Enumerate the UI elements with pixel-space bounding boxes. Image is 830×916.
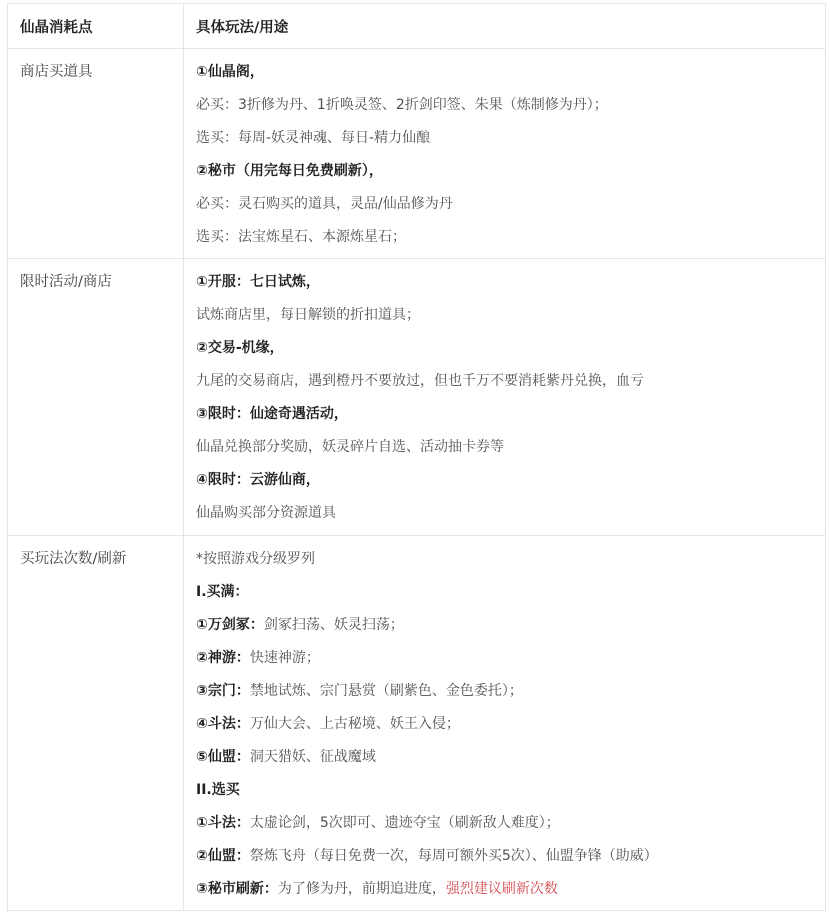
usage-line: ②交易-机缘， — [196, 332, 813, 365]
category-label: 商店买道具 — [8, 49, 183, 82]
table-row: 买玩法次数/刷新*按照游戏分级罗列I.买满：①万剑冢：剑冢扫荡、妖灵扫荡；②神游… — [8, 536, 826, 911]
header-label: 仙晶消耗点 — [8, 16, 183, 37]
table-row: 商店买道具①仙晶阁，必买：3折修为丹、1折唤灵签、2折剑印签、朱果（炼制修为丹）… — [8, 49, 826, 259]
category-cell: 买玩法次数/刷新 — [8, 536, 184, 911]
category-label: 限时活动/商店 — [8, 259, 183, 292]
usage-line-text: 洞天猎妖、征战魔域 — [250, 749, 376, 765]
usage-line: *按照游戏分级罗列 — [196, 543, 813, 576]
header-usage: 具体玩法/用途 — [184, 4, 826, 49]
usage-line-text: 万仙大会、上古秘境、妖王入侵； — [250, 716, 460, 732]
usage-line: ①斗法：太虚论剑，5次即可、遗迹夺宝（刷新敌人难度）； — [196, 807, 813, 840]
usage-line-heading: ②秘市（用完每日免费刷新）， — [196, 163, 383, 179]
usage-line-heading: ④斗法： — [196, 716, 250, 732]
usage-line-text: 选买：每周-妖灵神魂、每日-精力仙酿 — [196, 130, 430, 146]
usage-line: ②仙盟：祭炼飞舟（每日免费一次，每周可额外买5次）、仙盟争锋（助威） — [196, 840, 813, 873]
usage-line-text: 仙晶兑换部分奖励，妖灵碎片自选、活动抽卡券等 — [196, 439, 504, 455]
usage-line: ②神游：快速神游； — [196, 642, 813, 675]
usage-line-heading: ①斗法： — [196, 815, 250, 831]
usage-line: 选买：每周-妖灵神魂、每日-精力仙酿 — [196, 122, 813, 155]
usage-line: 必买：灵石购买的道具，灵品/仙品修为丹 — [196, 188, 813, 221]
usage-cell: ①开服：七日试炼，试炼商店里，每日解锁的折扣道具；②交易-机缘，九尾的交易商店，… — [184, 259, 826, 536]
usage-line-heading: ②仙盟： — [196, 848, 250, 864]
usage-line-heading: ③宗门： — [196, 683, 250, 699]
usage-line-text: 太虚论剑，5次即可、遗迹夺宝（刷新敌人难度）； — [250, 815, 560, 831]
usage-line-heading: ⑤仙盟： — [196, 749, 250, 765]
usage-line-text: 仙晶购买部分资源道具 — [196, 505, 336, 521]
highlight-text: 强烈建议刷新次数 — [446, 881, 558, 897]
usage-line: ③秘市刷新：为了修为丹，前期追进度，强烈建议刷新次数 — [196, 873, 813, 906]
usage-line-text: 选买：法宝炼星石、本源炼星石； — [196, 229, 406, 245]
table-row: 限时活动/商店①开服：七日试炼，试炼商店里，每日解锁的折扣道具；②交易-机缘，九… — [8, 259, 826, 536]
usage-line-heading: ①万剑冢： — [196, 617, 264, 633]
usage-line-text: 祭炼飞舟（每日免费一次，每周可额外买5次）、仙盟争锋（助威） — [250, 848, 658, 864]
usage-line: ③限时：仙途奇遇活动， — [196, 398, 813, 431]
usage-line-text: 为了修为丹，前期追进度， — [278, 881, 446, 897]
usage-line: ②秘市（用完每日免费刷新）， — [196, 155, 813, 188]
category-label: 买玩法次数/刷新 — [8, 536, 183, 569]
usage-cell: *按照游戏分级罗列I.买满：①万剑冢：剑冢扫荡、妖灵扫荡；②神游：快速神游；③宗… — [184, 536, 826, 911]
usage-line: ①万剑冢：剑冢扫荡、妖灵扫荡； — [196, 609, 813, 642]
consumption-table: 仙晶消耗点 具体玩法/用途 商店买道具①仙晶阁，必买：3折修为丹、1折唤灵签、2… — [7, 3, 826, 911]
usage-line: ①开服：七日试炼， — [196, 266, 813, 299]
usage-line: 试炼商店里，每日解锁的折扣道具； — [196, 299, 813, 332]
usage-line: 选买：法宝炼星石、本源炼星石； — [196, 221, 813, 254]
usage-line: ④斗法：万仙大会、上古秘境、妖王入侵； — [196, 708, 813, 741]
category-cell: 商店买道具 — [8, 49, 184, 259]
usage-line-heading: ②交易-机缘， — [196, 340, 284, 356]
usage-line: II.选买 — [196, 774, 813, 807]
usage-line: ①仙晶阁， — [196, 56, 813, 89]
usage-line-heading: ③秘市刷新： — [196, 881, 278, 897]
usage-line-heading: ③限时：仙途奇遇活动， — [196, 406, 348, 422]
usage-line-heading: ②神游： — [196, 650, 250, 666]
usage-line: ③宗门：禁地试炼、宗门悬赏（刷紫色、金色委托）； — [196, 675, 813, 708]
table-header-row: 仙晶消耗点 具体玩法/用途 — [8, 4, 826, 49]
usage-line-text: 试炼商店里，每日解锁的折扣道具； — [196, 307, 420, 323]
usage-line: ④限时：云游仙商， — [196, 464, 813, 497]
usage-line: 仙晶购买部分资源道具 — [196, 497, 813, 530]
category-cell: 限时活动/商店 — [8, 259, 184, 536]
usage-line: 仙晶兑换部分奖励，妖灵碎片自选、活动抽卡券等 — [196, 431, 813, 464]
usage-line-heading: II.选买 — [196, 782, 240, 798]
usage-line-text: 必买：3折修为丹、1折唤灵签、2折剑印签、朱果（炼制修为丹）； — [196, 97, 608, 113]
usage-cell: ①仙晶阁，必买：3折修为丹、1折唤灵签、2折剑印签、朱果（炼制修为丹）；选买：每… — [184, 49, 826, 259]
usage-line-text: *按照游戏分级罗列 — [196, 551, 315, 567]
usage-line-heading: ④限时：云游仙商， — [196, 472, 320, 488]
usage-line: ⑤仙盟：洞天猎妖、征战魔域 — [196, 741, 813, 774]
usage-line-text: 剑冢扫荡、妖灵扫荡； — [264, 617, 404, 633]
usage-line: I.买满： — [196, 576, 813, 609]
usage-line-heading: I.买满： — [196, 584, 249, 600]
usage-line-heading: ①仙晶阁， — [196, 64, 264, 80]
usage-line: 九尾的交易商店，遇到橙丹不要放过，但也千万不要消耗紫丹兑换，血亏 — [196, 365, 813, 398]
usage-line-text: 必买：灵石购买的道具，灵品/仙品修为丹 — [196, 196, 453, 212]
usage-line-text: 快速神游； — [250, 650, 320, 666]
header-consumption-point: 仙晶消耗点 — [8, 4, 184, 49]
usage-line: 必买：3折修为丹、1折唤灵签、2折剑印签、朱果（炼制修为丹）； — [196, 89, 813, 122]
usage-line-text: 禁地试炼、宗门悬赏（刷紫色、金色委托）； — [250, 683, 523, 699]
usage-line-text: 九尾的交易商店，遇到橙丹不要放过，但也千万不要消耗紫丹兑换，血亏 — [196, 373, 644, 389]
header-label: 具体玩法/用途 — [184, 16, 825, 37]
usage-line-heading: ①开服：七日试炼， — [196, 274, 320, 290]
